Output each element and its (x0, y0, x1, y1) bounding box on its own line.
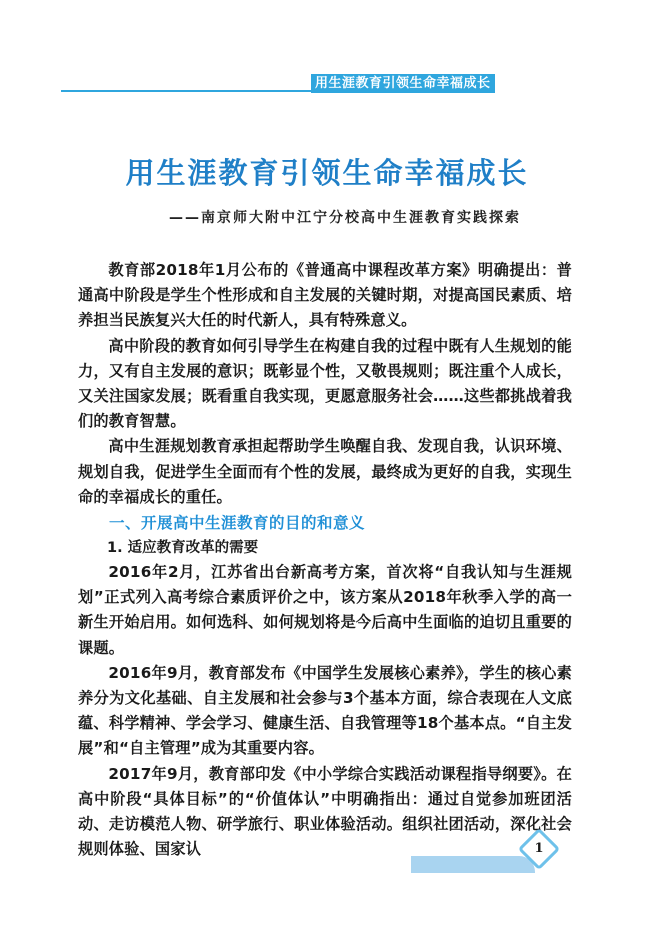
paragraph: 教育部2018年1月公布的《普通高中课程改革方案》明确提出：普通高中阶段是学生个… (78, 258, 572, 334)
article-body: 教育部2018年1月公布的《普通高中课程改革方案》明确提出：普通高中阶段是学生个… (78, 258, 572, 862)
paragraph: 2017年9月，教育部印发《中小学综合实践活动课程指导纲要》。在高中阶段“具体目… (78, 762, 572, 863)
footer-decorative-bar (411, 856, 535, 873)
paragraph: 高中阶段的教育如何引导学生在构建自我的过程中既有人生规划的能力，又有自主发展的意… (78, 334, 572, 435)
article-subtitle: ——南京师大附中江宁分校高中生涯教育实践探索 (0, 208, 654, 228)
article-title: 用生涯教育引领生命幸福成长 (0, 155, 654, 191)
paragraph: 2016年9月，教育部发布《中国学生发展核心素养》，学生的核心素养分为文化基础、… (78, 661, 572, 762)
running-header-title: 用生涯教育引领生命幸福成长 (311, 74, 495, 93)
subsection-heading: 1. 适应教育改革的需要 (78, 536, 572, 560)
page-number: 1 (524, 840, 554, 858)
paragraph: 高中生涯规划教育承担起帮助学生唤醒自我、发现自我，认识环境、规划自我，促进学生全… (78, 434, 572, 510)
section-heading: 一、开展高中生涯教育的目的和意义 (78, 510, 572, 536)
paragraph: 2016年2月，江苏省出台新高考方案，首次将“自我认知与生涯规划”正式列入高考综… (78, 560, 572, 661)
